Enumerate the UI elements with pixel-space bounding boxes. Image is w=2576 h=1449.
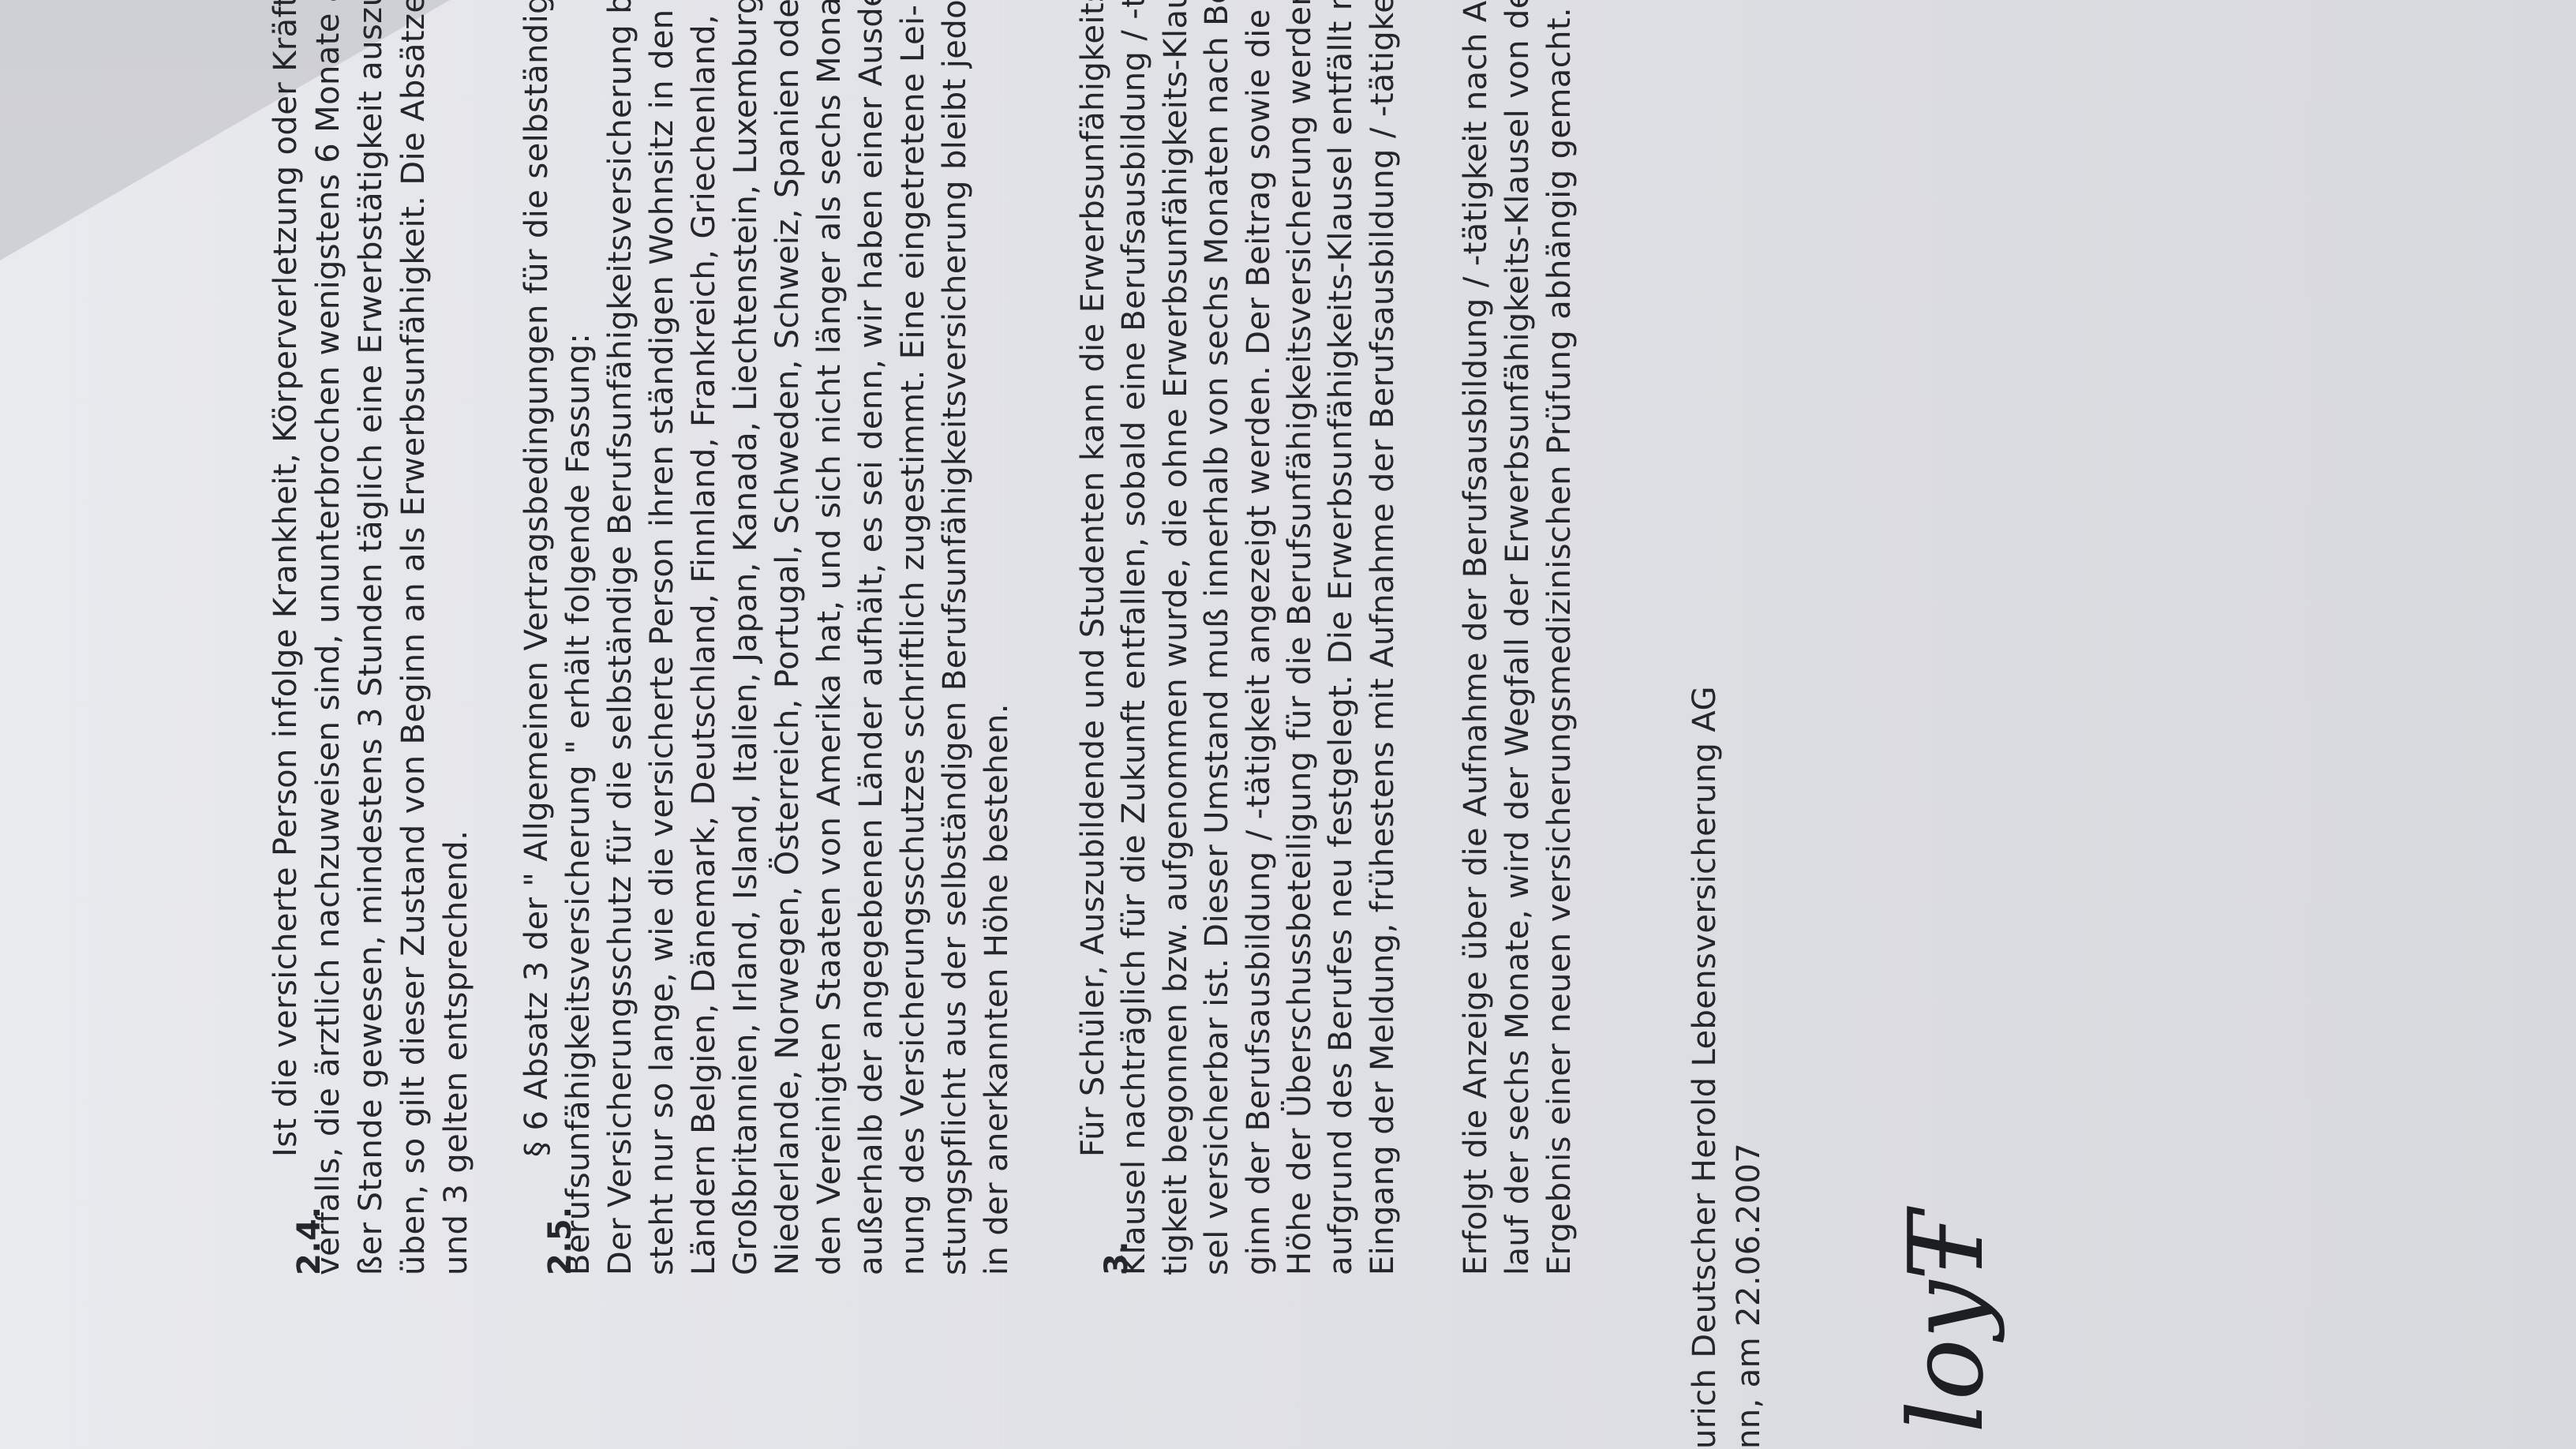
text-line: Niederlande, Norwegen, Österreich, Portu… <box>772 0 803 1275</box>
text-line: Höhe der Überschussbeteiligung für die B… <box>1284 0 1316 1275</box>
text-line: Der Versicherungsschutz für die selbstän… <box>605 0 636 1275</box>
text-line: ginn der Berufsausbildung / -tätigkeit a… <box>1243 9 1275 1275</box>
text-line: § 6 Absatz 3 der " Allgemeinen Vertragsb… <box>521 0 552 1157</box>
text-line: Großbritannien, Irland, Island, Italien,… <box>730 0 762 1275</box>
signature: loyŦ <box>1886 1212 2006 1433</box>
place-date: nn, am 22.06.2007 <box>1733 1143 1765 1449</box>
company-name: urich Deutscher Herold Lebensversicherun… <box>1689 686 1720 1449</box>
text-line: sel versicherbar ist. Dieser Umstand muß… <box>1201 0 1233 1275</box>
text-line: Für Schüler, Auszubildende und Studenten… <box>1077 0 1109 1157</box>
text-line: ßer Stande gewesen, mindestens 3 Stunden… <box>355 0 387 1275</box>
text-line: Ergebnis einer neuen versicherungsmedizi… <box>1544 7 1575 1275</box>
text-line: den Vereinigten Staaten von Amerika hat,… <box>814 0 845 1275</box>
text-line: aufgrund des Berufes neu festgelegt. Die… <box>1325 0 1357 1275</box>
text-line: stungspflicht aus der selbständigen Beru… <box>939 0 971 1275</box>
text-line: Ist die versicherte Person infolge Krank… <box>270 0 301 1157</box>
text-line: Ländern Belgien, Dänemark, Deutschland, … <box>688 14 720 1275</box>
text-line: lauf der sechs Monate, wird der Wegfall … <box>1502 0 1533 1275</box>
text-line: üben, so gilt dieser Zustand von Beginn … <box>398 0 429 1275</box>
text-line: außerhalb der angegebenen Länder aufhält… <box>856 0 887 1275</box>
text-line: nung des Versicherungsschutzes schriftli… <box>897 5 929 1275</box>
text-line: Berufsunfähigkeitsversicherung " erhält … <box>563 333 594 1275</box>
text-line: steht nur so lange, wie die versicherte … <box>646 9 678 1275</box>
document-text: 2.4.Ist die versicherte Person infolge K… <box>0 0 2576 1449</box>
text-line: Erfolgt die Anzeige über die Aufnahme de… <box>1460 0 1492 1275</box>
text-line: tigkeit begonnen bzw. aufgenommen wurde,… <box>1160 0 1192 1275</box>
text-line: Klausel nachträglich für die Zukunft ent… <box>1118 0 1150 1275</box>
text-line: verfalls, die ärztlich nachzuweisen sind… <box>313 0 344 1275</box>
text-line: und 3 gelten entsprechend. <box>440 830 472 1275</box>
text-line: Eingang der Meldung, frühestens mit Aufn… <box>1367 0 1398 1275</box>
text-line: in der anerkannten Höhe bestehen. <box>981 703 1013 1275</box>
